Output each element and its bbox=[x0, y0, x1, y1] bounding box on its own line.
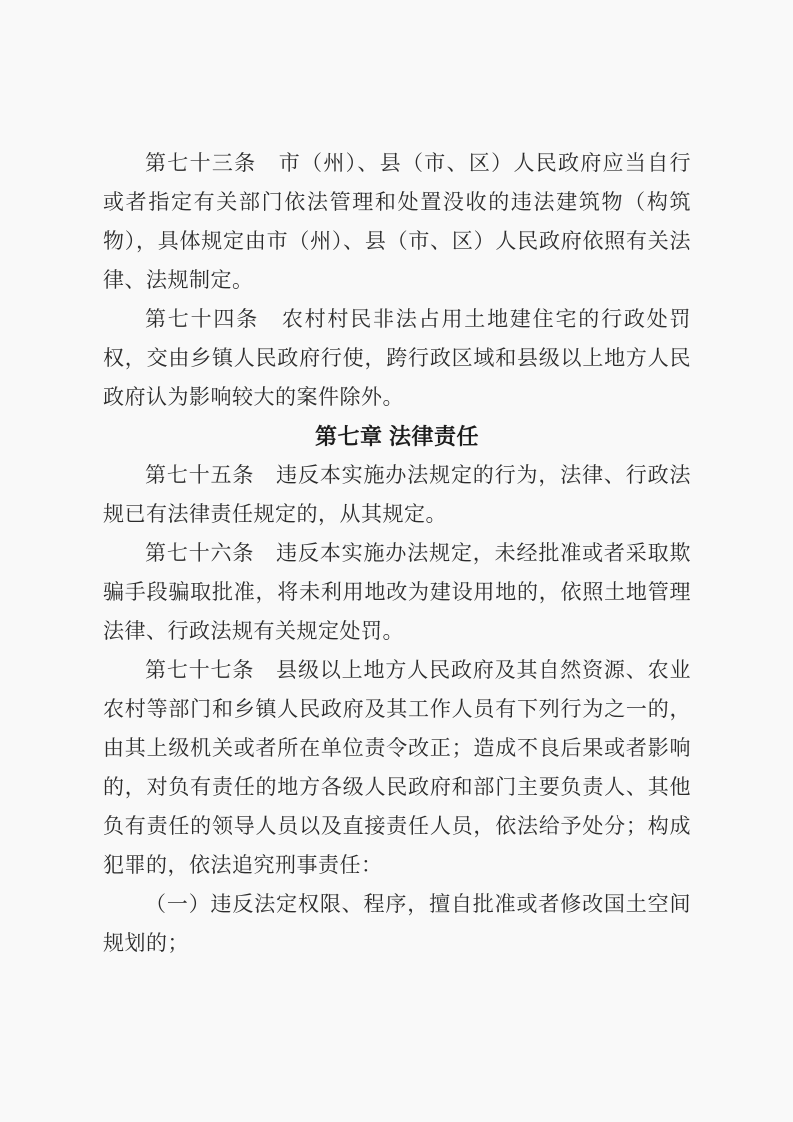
document-content: 第七十三条 市（州）、县（市、区）人民政府应当自行或者指定有关部门依法管理和处置… bbox=[103, 144, 691, 963]
article-75-paragraph: 第七十五条 违反本实施办法规定的行为，法律、行政法规已有法律责任规定的，从其规定… bbox=[103, 456, 691, 534]
article-73-paragraph: 第七十三条 市（州）、县（市、区）人民政府应当自行或者指定有关部门依法管理和处置… bbox=[103, 144, 691, 300]
chapter-7-heading: 第七章 法律责任 bbox=[103, 417, 691, 456]
article-77-paragraph: 第七十七条 县级以上地方人民政府及其自然资源、农业农村等部门和乡镇人民政府及其工… bbox=[103, 651, 691, 885]
document-page: 第七十三条 市（州）、县（市、区）人民政府应当自行或者指定有关部门依法管理和处置… bbox=[0, 0, 793, 1122]
article-77-item-1-paragraph: （一）违反法定权限、程序，擅自批准或者修改国土空间规划的； bbox=[103, 885, 691, 963]
article-74-paragraph: 第七十四条 农村村民非法占用土地建住宅的行政处罚权，交由乡镇人民政府行使，跨行政… bbox=[103, 300, 691, 417]
article-76-paragraph: 第七十六条 违反本实施办法规定，未经批准或者采取欺骗手段骗取批准，将未利用地改为… bbox=[103, 534, 691, 651]
